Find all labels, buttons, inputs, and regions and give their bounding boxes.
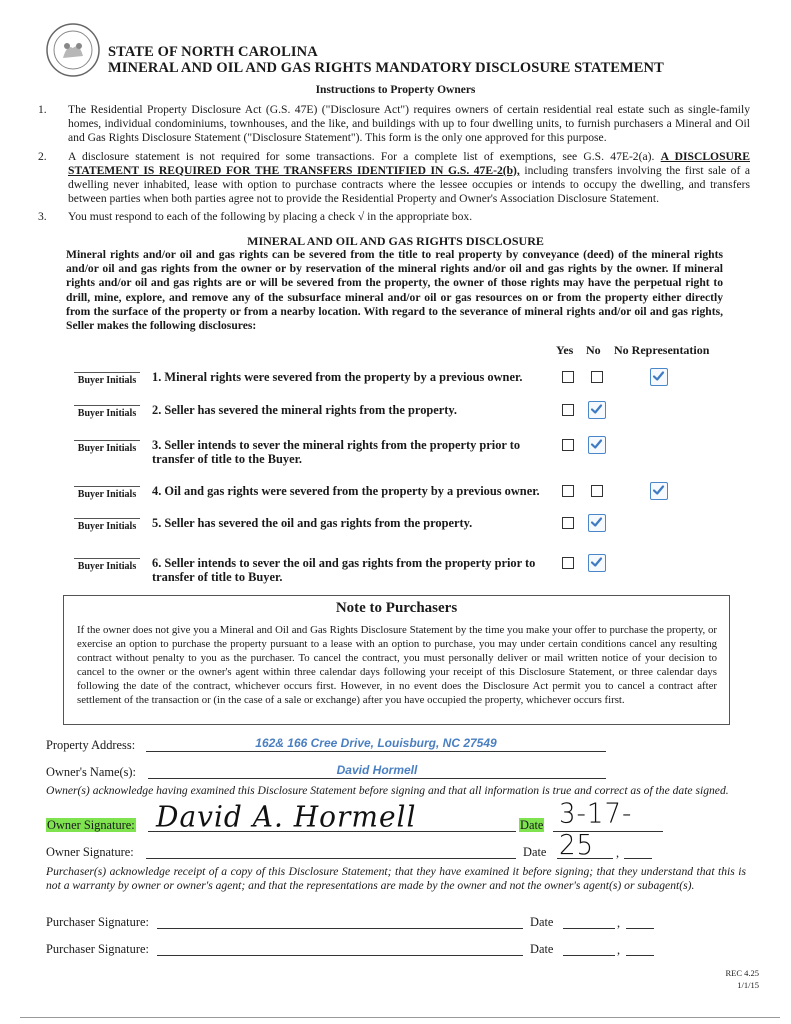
instruction-text: The Residential Property Disclosure Act … <box>68 103 750 145</box>
owner-date-2-field[interactable] <box>557 844 613 859</box>
yes-checkbox[interactable] <box>562 371 574 383</box>
owner-date-field[interactable]: 3-17-25 <box>553 802 663 832</box>
purchaser-year-2-field[interactable] <box>626 941 654 956</box>
owner-names-label: Owner's Name(s): <box>46 765 136 780</box>
no-checkbox[interactable] <box>591 485 603 497</box>
checkmark-icon <box>590 556 603 569</box>
owner-signature-label-wrap: Owner Signature: <box>46 818 136 833</box>
instruction-2: 2. A disclosure statement is not require… <box>38 150 750 206</box>
page-bottom-rule <box>20 1017 780 1018</box>
purchaser-signature-2-field[interactable] <box>157 941 523 956</box>
disclosure-question: 3. Seller intends to sever the mineral r… <box>152 438 557 466</box>
purchaser-acknowledgement: Purchaser(s) acknowledge receipt of a co… <box>46 865 746 892</box>
no-checkbox[interactable] <box>591 371 603 383</box>
checkmark-icon <box>590 403 603 416</box>
disclosure-question: 1. Mineral rights were severed from the … <box>152 370 557 384</box>
no-representation-checkbox[interactable] <box>650 368 668 386</box>
buyer-initials-field[interactable]: Buyer Initials <box>74 440 140 454</box>
note-to-purchasers: Note to Purchasers If the owner does not… <box>63 595 730 725</box>
note-body: If the owner does not give you a Mineral… <box>77 623 717 708</box>
instruction-text-part: A disclosure statement is not required f… <box>68 150 661 163</box>
owner-signature-label: Owner Signature: <box>46 818 136 832</box>
owner-names-value: David Hormell <box>148 763 606 777</box>
owner-signature-field[interactable]: David A. Hormell <box>148 802 516 832</box>
state-title: STATE OF NORTH CAROLINA <box>108 44 318 61</box>
checkmark-icon <box>590 438 603 451</box>
date-comma: , <box>617 916 620 931</box>
buyer-initials-field[interactable]: Buyer Initials <box>74 405 140 419</box>
column-no-representation: No Representation <box>614 343 709 358</box>
purchaser-date-1-field[interactable] <box>563 914 615 929</box>
owner-acknowledgement: Owner(s) acknowledge having examined thi… <box>46 784 746 798</box>
no-checkbox[interactable] <box>588 401 606 419</box>
purchaser-year-1-field[interactable] <box>626 914 654 929</box>
buyer-initials-field[interactable]: Buyer Initials <box>74 518 140 532</box>
owner-date-label: Date <box>519 818 544 832</box>
disclosure-question: 6. Seller intends to sever the oil and g… <box>152 556 557 584</box>
instruction-1: 1. The Residential Property Disclosure A… <box>38 103 750 145</box>
seal-icon <box>45 22 101 78</box>
yes-checkbox[interactable] <box>562 404 574 416</box>
instruction-number: 2. <box>38 150 58 164</box>
column-no: No <box>586 343 601 358</box>
instruction-number: 1. <box>38 103 58 117</box>
purchaser-date-2-label: Date <box>530 942 553 957</box>
form-footer: REC 4.25 1/1/15 <box>725 967 759 991</box>
disclosure-heading: MINERAL AND OIL AND GAS RIGHTS DISCLOSUR… <box>0 234 791 249</box>
date-comma: , <box>617 943 620 958</box>
purchaser-date-2-field[interactable] <box>563 941 615 956</box>
yes-checkbox[interactable] <box>562 517 574 529</box>
purchaser-signature-1-label: Purchaser Signature: <box>46 915 149 930</box>
checkmark-icon <box>652 370 665 383</box>
instruction-number: 3. <box>38 210 58 224</box>
purchaser-date-1-label: Date <box>530 915 553 930</box>
owner-signature-2-label: Owner Signature: <box>46 845 134 860</box>
yes-checkbox[interactable] <box>562 557 574 569</box>
form-revision: 1/1/15 <box>725 979 759 991</box>
disclosure-body: Mineral rights and/or oil and gas rights… <box>66 248 723 333</box>
no-checkbox[interactable] <box>588 514 606 532</box>
owner-signature-2-field[interactable] <box>146 844 516 859</box>
buyer-initials-field[interactable]: Buyer Initials <box>74 372 140 386</box>
property-address-field[interactable]: 162& 166 Cree Drive, Louisburg, NC 27549 <box>146 736 606 752</box>
yes-checkbox[interactable] <box>562 439 574 451</box>
no-representation-checkbox[interactable] <box>650 482 668 500</box>
checkmark-icon <box>652 484 665 497</box>
instruction-text: A disclosure statement is not required f… <box>68 150 750 206</box>
property-address-label: Property Address: <box>46 738 135 753</box>
form-title: MINERAL AND OIL AND GAS RIGHTS MANDATORY… <box>108 60 664 77</box>
disclosure-question: 5. Seller has severed the oil and gas ri… <box>152 516 557 530</box>
buyer-initials-field[interactable]: Buyer Initials <box>74 558 140 572</box>
instruction-3: 3. You must respond to each of the follo… <box>38 210 750 224</box>
purchaser-signature-1-field[interactable] <box>157 914 523 929</box>
instruction-text: You must respond to each of the followin… <box>68 210 750 224</box>
disclosure-question: 2. Seller has severed the mineral rights… <box>152 403 557 417</box>
column-yes: Yes <box>556 343 573 358</box>
buyer-initials-field[interactable]: Buyer Initials <box>74 486 140 500</box>
property-address-value: 162& 166 Cree Drive, Louisburg, NC 27549 <box>146 736 606 750</box>
checkmark-icon <box>590 516 603 529</box>
purchaser-signature-2-label: Purchaser Signature: <box>46 942 149 957</box>
owner-date-2-label: Date <box>523 845 546 860</box>
owner-date-label-wrap: Date <box>519 818 544 833</box>
owner-names-field[interactable]: David Hormell <box>148 763 606 779</box>
disclosure-question: 4. Oil and gas rights were severed from … <box>152 484 557 498</box>
no-checkbox[interactable] <box>588 554 606 572</box>
owner-signature-value: David A. Hormell <box>156 799 416 834</box>
form-code: REC 4.25 <box>725 967 759 979</box>
no-checkbox[interactable] <box>588 436 606 454</box>
yes-checkbox[interactable] <box>562 485 574 497</box>
instructions-heading: Instructions to Property Owners <box>0 84 791 96</box>
note-title: Note to Purchasers <box>64 600 729 617</box>
date-comma: , <box>616 846 619 861</box>
owner-year-2-field[interactable] <box>624 844 652 859</box>
